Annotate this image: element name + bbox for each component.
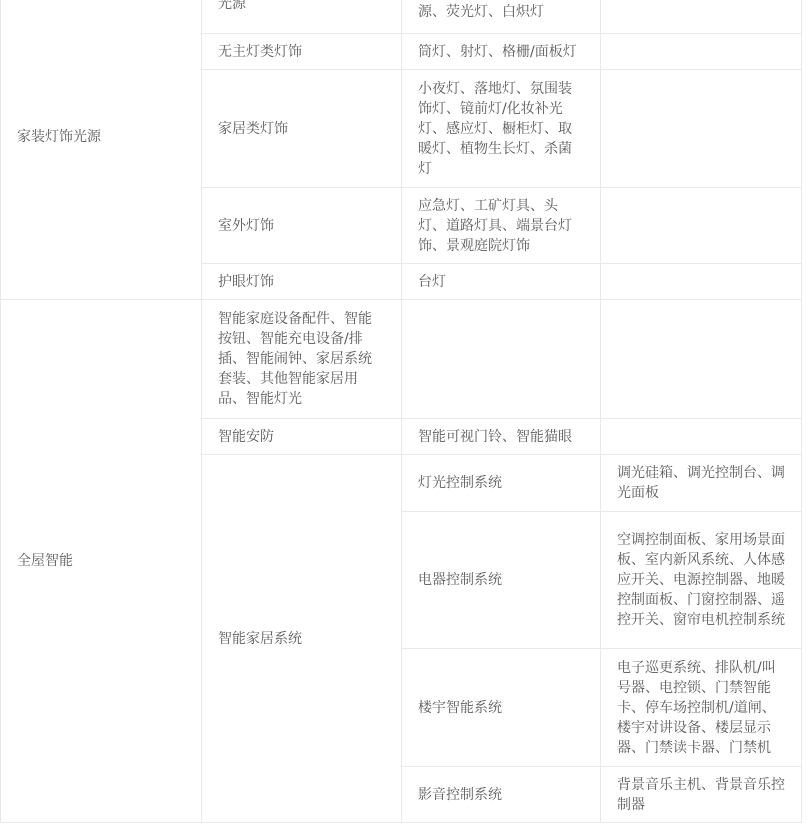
empty-cell — [601, 0, 801, 33]
subcategory-label: 护眼灯饰 — [218, 272, 274, 292]
subcategory-cell: 智能家庭设备配件、智能按钮、智能充电设备/排插、智能闹钟、家居系统套装、其他智能… — [202, 300, 401, 418]
category-label: 家装灯饰光源 — [17, 127, 101, 147]
category-cell: 家装灯饰光源 — [1, 0, 201, 299]
items-cell: 智能可视门铃、智能猫眼 — [402, 419, 600, 454]
subcategory-cell: 智能家居系统 — [202, 455, 401, 822]
subcategory-cell: 护眼灯饰 — [202, 264, 401, 299]
subcategory-label: 无主灯类灯饰 — [218, 42, 302, 62]
items-cell: 小夜灯、落地灯、氛围装饰灯、镜前灯/化妆补光灯、感应灯、橱柜灯、取暖灯、植物生长… — [402, 70, 600, 187]
subcategory-cell: 家居类灯饰 — [202, 70, 401, 187]
system-items: 电子巡更系统、排队机/叫号器、电控锁、门禁智能卡、停车场控制机/道闸、楼宇对讲设… — [617, 658, 785, 758]
category-label: 全屋智能 — [17, 551, 73, 571]
subcategory-cell: 无主灯类灯饰 — [202, 34, 401, 69]
subcategory-label: 智能安防 — [218, 427, 274, 447]
category-cell: 全屋智能 — [1, 300, 201, 822]
subcategory-label: 家居类灯饰 — [218, 119, 288, 139]
items-text: 源、荧光灯、白炽灯 — [418, 2, 544, 22]
items-cell: 筒灯、射灯、格栅/面板灯 — [402, 34, 600, 69]
system-items: 调光硅箱、调光控制台、调光面板 — [617, 463, 785, 503]
system-name: 影音控制系统 — [418, 785, 502, 805]
subcategory-label: 智能家居系统 — [218, 629, 302, 649]
items-text: 小夜灯、落地灯、氛围装饰灯、镜前灯/化妆补光灯、感应灯、橱柜灯、取暖灯、植物生长… — [418, 79, 584, 179]
system-name: 灯光控制系统 — [418, 473, 502, 493]
system-items-cell: 空调控制面板、家用场景面板、室内新风系统、人体感应开关、电源控制器、地暖控制面板… — [601, 512, 801, 648]
subcategory-cell: 光源 — [202, 0, 401, 33]
page: 家装灯饰光源 光源 源、荧光灯、白炽灯 无主灯类灯饰 筒灯、射灯、格栅/面板灯 … — [0, 0, 811, 827]
system-name-cell: 影音控制系统 — [402, 767, 600, 822]
system-items-cell: 背景音乐主机、背景音乐控制器 — [601, 767, 801, 822]
system-name: 楼宇智能系统 — [418, 698, 502, 718]
subcategory-cell: 智能安防 — [202, 419, 401, 454]
system-name-cell: 灯光控制系统 — [402, 455, 600, 511]
items-cell: 台灯 — [402, 264, 600, 299]
empty-cell — [601, 34, 801, 69]
empty-cell — [601, 264, 801, 299]
items-text: 台灯 — [418, 272, 446, 292]
subcategory-label: 智能家庭设备配件、智能按钮、智能充电设备/排插、智能闹钟、家居系统套装、其他智能… — [218, 309, 385, 409]
items-text: 筒灯、射灯、格栅/面板灯 — [418, 42, 577, 62]
items-cell: 应急灯、工矿灯具、头灯、道路灯具、端景台灯饰、景观庭院灯饰 — [402, 188, 600, 263]
subcategory-label: 光源 — [218, 0, 246, 14]
system-name-cell: 电器控制系统 — [402, 512, 600, 648]
system-items-cell: 电子巡更系统、排队机/叫号器、电控锁、门禁智能卡、停车场控制机/道闸、楼宇对讲设… — [601, 649, 801, 766]
system-items-cell: 调光硅箱、调光控制台、调光面板 — [601, 455, 801, 511]
items-cell: 源、荧光灯、白炽灯 — [402, 0, 600, 33]
empty-cell — [601, 70, 801, 187]
empty-cell — [601, 419, 801, 454]
category-table: 家装灯饰光源 光源 源、荧光灯、白炽灯 无主灯类灯饰 筒灯、射灯、格栅/面板灯 … — [0, 0, 802, 823]
empty-cell — [601, 188, 801, 263]
empty-cell — [402, 300, 600, 418]
system-items: 空调控制面板、家用场景面板、室内新风系统、人体感应开关、电源控制器、地暖控制面板… — [617, 530, 785, 630]
items-text: 应急灯、工矿灯具、头灯、道路灯具、端景台灯饰、景观庭院灯饰 — [418, 196, 584, 256]
system-name: 电器控制系统 — [418, 570, 502, 590]
items-text: 智能可视门铃、智能猫眼 — [418, 427, 572, 447]
system-name-cell: 楼宇智能系统 — [402, 649, 600, 766]
subcategory-cell: 室外灯饰 — [202, 188, 401, 263]
subcategory-label: 室外灯饰 — [218, 216, 274, 236]
empty-cell — [601, 300, 801, 418]
system-items: 背景音乐主机、背景音乐控制器 — [617, 775, 785, 815]
